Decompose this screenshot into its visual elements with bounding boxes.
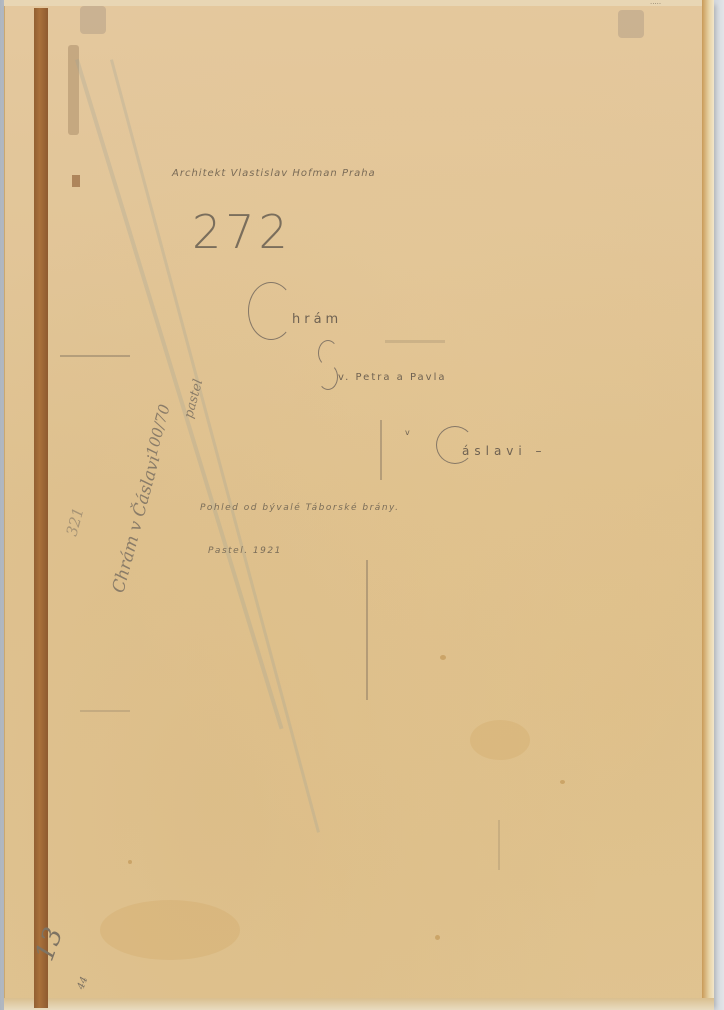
smudge-line [385, 340, 445, 343]
corner-stain-right [618, 10, 644, 38]
title-line-1: hrám [292, 312, 342, 327]
sheet-bottom-edge [4, 998, 714, 1010]
water-stain [100, 900, 240, 960]
foxing-spot [560, 780, 565, 784]
smudge-line [498, 820, 500, 870]
brown-tape-strip [34, 8, 48, 1008]
title-line-3: áslavi – [462, 444, 547, 458]
title-line-2: v. Petra a Pavla [338, 372, 447, 383]
corner-stain-left [80, 6, 106, 34]
architect-inscription: Architekt Vlastislav Hofman Praha [172, 168, 376, 179]
water-stain [470, 720, 530, 760]
tape-residue-small [72, 175, 80, 187]
sheet-right-edge [702, 0, 714, 1008]
foxing-spot [440, 655, 446, 660]
title-initial-s [318, 340, 336, 390]
title-initial-c [248, 282, 294, 340]
foxing-spot [128, 860, 132, 864]
medium-and-date: Pastel. 1921 [208, 546, 282, 556]
view-description: Pohled od bývalé Táborské brány. [200, 503, 400, 513]
smudge-line [80, 710, 130, 712]
catalog-number: 272 [192, 205, 292, 259]
smudge-line [380, 420, 382, 480]
sheet-top-edge [4, 0, 714, 6]
smudge-line [60, 355, 130, 357]
title-line-3-prefix: v [405, 428, 410, 437]
foxing-spot [435, 935, 440, 940]
corner-mark: ····· [650, 0, 661, 8]
smudge-line [366, 560, 368, 700]
